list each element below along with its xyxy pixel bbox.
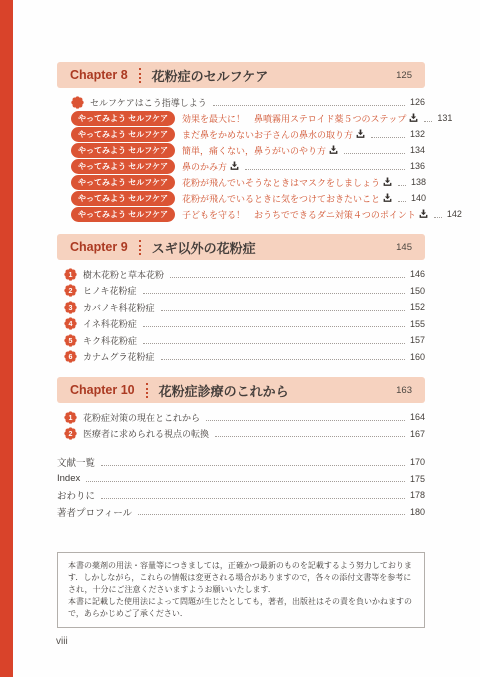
dot-leader: [101, 465, 405, 466]
chapter-title: 花粉症診療のこれから: [159, 381, 397, 400]
dot-leader: [143, 343, 405, 344]
toc-entry: セルフケアはこう指導しよう126: [71, 94, 425, 110]
dot-leader: [424, 121, 432, 122]
chapter-label: Chapter 9: [70, 240, 128, 254]
toc-entry-page: 132: [410, 129, 425, 139]
disclaimer-paragraph: 本書に記載した使用法によって問題が生じたとしても，著者，出版社はその責を負いかね…: [68, 596, 414, 620]
dot-leader: [398, 201, 406, 202]
svg-text:1: 1: [69, 271, 73, 279]
toc-entry-title: ヒノキ花粉症: [83, 284, 137, 297]
numbered-flower-icon: 1: [64, 411, 77, 424]
toc-entry-title: おわりに: [57, 488, 95, 502]
toc-entry-title: 花粉が飛んでいるときに気をつけておきたいこと: [182, 192, 380, 205]
dot-leader: [170, 277, 405, 278]
chapter-page-number: 145: [396, 242, 412, 253]
svg-text:2: 2: [69, 287, 73, 295]
chapter-divider-dots: [146, 383, 148, 398]
toc-entry: やってみよう セルフケア花粉が飛んでいるときに気をつけておきたいこと140: [71, 190, 425, 206]
chapter-label: Chapter 8: [70, 68, 128, 82]
toc-entry: 1樹木花粉と草本花粉146: [64, 266, 425, 283]
toc-entry: 3カバノキ科花粉症152: [64, 299, 425, 316]
toc-entry: 文献一覧170: [57, 454, 425, 471]
chapter-title: 花粉症のセルフケア: [152, 66, 396, 85]
numbered-flower-icon: 2: [64, 427, 77, 440]
try-selfcare-badge: やってみよう セルフケア: [71, 175, 175, 190]
toc-entry-page: 178: [410, 490, 425, 500]
toc-entry-title: イネ科花粉症: [83, 317, 137, 330]
toc-entry: やってみよう セルフケア効果を最大に！ 鼻噴霧用ステロイド薬５つのステップ131: [71, 110, 425, 126]
toc-entry-page: 180: [410, 507, 425, 517]
svg-text:3: 3: [69, 304, 73, 312]
download-icon: [383, 193, 392, 203]
try-selfcare-badge: やってみよう セルフケア: [71, 143, 175, 158]
toc-entry-title: Index: [57, 473, 80, 484]
toc-entry-page: 175: [410, 474, 425, 484]
toc-entry: 4イネ科花粉症155: [64, 316, 425, 333]
toc-entry: 6カナムグラ花粉症160: [64, 349, 425, 366]
chapter-entries: 1樹木花粉と草本花粉1462ヒノキ花粉症1503カバノキ科花粉症1524イネ科花…: [64, 266, 425, 365]
try-selfcare-badge: やってみよう セルフケア: [71, 111, 175, 126]
toc-entry: やってみよう セルフケア簡単，痛くない，鼻うがいのやり方134: [71, 142, 425, 158]
page-number-folio: viii: [56, 636, 68, 647]
dot-leader: [143, 293, 405, 294]
dot-leader: [161, 359, 405, 360]
toc-entry-title: 医療者に求められる視点の転換: [83, 427, 209, 440]
download-icon: [383, 177, 392, 187]
toc-entry: やってみよう セルフケアまだ鼻をかめないお子さんの鼻水の取り方132: [71, 126, 425, 142]
toc-entry-page: 155: [410, 319, 425, 329]
spine-accent-bar: [0, 0, 13, 677]
dot-leader: [215, 436, 405, 437]
download-icon: [329, 145, 338, 155]
page-content: Chapter 8花粉症のセルフケア125セルフケアはこう指導しよう126やって…: [57, 62, 425, 628]
svg-text:2: 2: [69, 430, 73, 438]
numbered-flower-icon: 6: [64, 350, 77, 363]
toc-entry-page: 140: [411, 193, 426, 203]
toc-entry-title: カバノキ科花粉症: [83, 301, 155, 314]
svg-text:4: 4: [69, 320, 73, 328]
toc-entry-title: 樹木花粉と草本花粉: [83, 268, 164, 281]
chapter-entries: セルフケアはこう指導しよう126やってみよう セルフケア効果を最大に！ 鼻噴霧用…: [71, 94, 425, 222]
chapter-section: Chapter 8花粉症のセルフケア125セルフケアはこう指導しよう126やって…: [57, 62, 425, 222]
dot-leader: [161, 310, 405, 311]
toc-entry: 2医療者に求められる視点の転換167: [64, 426, 425, 443]
chapter-label: Chapter 10: [70, 383, 135, 397]
chapter-title: スギ以外の花粉症: [152, 238, 396, 257]
toc-entry-page: 167: [410, 429, 425, 439]
toc-entry-page: 150: [410, 286, 425, 296]
toc-entry: やってみよう セルフケア花粉が飛んでいそうなときはマスクをしましょう138: [71, 174, 425, 190]
toc-entry-page: 160: [410, 352, 425, 362]
numbered-flower-icon: 3: [64, 301, 77, 314]
download-icon: [230, 161, 239, 171]
toc-entry-page: 170: [410, 457, 425, 467]
dot-leader: [344, 153, 405, 154]
toc-entry-title: 花粉が飛んでいそうなときはマスクをしましょう: [182, 176, 380, 189]
backmatter-list: 文献一覧170Index175おわりに178著者プロフィール180: [57, 454, 425, 520]
chapter-divider-dots: [139, 68, 141, 83]
toc-entry-title: カナムグラ花粉症: [83, 350, 155, 363]
toc-entry-page: 157: [410, 335, 425, 345]
toc-entry: おわりに178: [57, 487, 425, 504]
disclaimer-paragraph: 本書の薬剤の用法・容量等につきましては，正確かつ最新のものを記載するよう努力して…: [68, 560, 414, 596]
table-of-contents: Chapter 8花粉症のセルフケア125セルフケアはこう指導しよう126やって…: [57, 62, 425, 442]
dot-leader: [213, 105, 405, 106]
chapter-heading: Chapter 9スギ以外の花粉症145: [57, 234, 425, 260]
toc-entry-title: セルフケアはこう指導しよう: [90, 96, 207, 109]
chapter-page-number: 125: [396, 70, 412, 81]
download-icon: [419, 209, 428, 219]
download-icon: [356, 129, 365, 139]
svg-text:6: 6: [69, 353, 73, 361]
toc-entry-title: 鼻のかみ方: [182, 160, 227, 173]
try-selfcare-badge: やってみよう セルフケア: [71, 159, 175, 174]
toc-entry: 著者プロフィール180: [57, 504, 425, 521]
chapter-entries: 1花粉症対策の現在とこれから1642医療者に求められる視点の転換167: [64, 409, 425, 442]
book-page: Chapter 8花粉症のセルフケア125セルフケアはこう指導しよう126やって…: [0, 0, 480, 677]
toc-entry-title: 文献一覧: [57, 455, 95, 469]
toc-entry-title: まだ鼻をかめないお子さんの鼻水の取り方: [182, 128, 353, 141]
flower-burst-icon: [71, 96, 84, 109]
numbered-flower-icon: 1: [64, 268, 77, 281]
svg-text:5: 5: [69, 337, 73, 345]
toc-entry-title: キク科花粉症: [83, 334, 137, 347]
numbered-flower-icon: 2: [64, 284, 77, 297]
svg-text:1: 1: [69, 414, 73, 422]
dot-leader: [434, 217, 442, 218]
dot-leader: [143, 326, 405, 327]
toc-entry: やってみよう セルフケア子どもを守る！ おうちでできるダニ対策４つのポイント14…: [71, 206, 425, 222]
chapter-heading: Chapter 10花粉症診療のこれから163: [57, 377, 425, 403]
download-icon: [409, 113, 418, 123]
toc-entry-title: 子どもを守る！ おうちでできるダニ対策４つのポイント: [182, 208, 416, 221]
toc-entry-page: 152: [410, 302, 425, 312]
toc-entry-title: 花粉症対策の現在とこれから: [83, 411, 200, 424]
toc-entry: 2ヒノキ花粉症150: [64, 283, 425, 300]
toc-entry: やってみよう セルフケア鼻のかみ方136: [71, 158, 425, 174]
toc-entry-page: 164: [410, 412, 425, 422]
toc-entry-title: 著者プロフィール: [57, 505, 132, 519]
dot-leader: [138, 514, 405, 515]
numbered-flower-icon: 4: [64, 317, 77, 330]
dot-leader: [206, 420, 405, 421]
toc-entry-page: 142: [447, 209, 462, 219]
toc-entry: 1花粉症対策の現在とこれから164: [64, 409, 425, 426]
chapter-heading: Chapter 8花粉症のセルフケア125: [57, 62, 425, 88]
toc-entry-title: 効果を最大に！ 鼻噴霧用ステロイド薬５つのステップ: [182, 112, 406, 125]
dot-leader: [101, 498, 405, 499]
toc-entry-page: 146: [410, 269, 425, 279]
toc-entry-title: 簡単，痛くない，鼻うがいのやり方: [182, 144, 326, 157]
chapter-section: Chapter 9スギ以外の花粉症1451樹木花粉と草本花粉1462ヒノキ花粉症…: [57, 234, 425, 365]
toc-entry-page: 131: [437, 113, 452, 123]
dot-leader: [86, 481, 405, 482]
toc-entry: Index175: [57, 471, 425, 488]
dot-leader: [398, 185, 406, 186]
dot-leader: [245, 169, 405, 170]
toc-entry-page: 134: [410, 145, 425, 155]
try-selfcare-badge: やってみよう セルフケア: [71, 127, 175, 142]
try-selfcare-badge: やってみよう セルフケア: [71, 207, 175, 222]
disclaimer-box: 本書の薬剤の用法・容量等につきましては，正確かつ最新のものを記載するよう努力して…: [57, 552, 425, 628]
chapter-divider-dots: [139, 240, 141, 255]
toc-entry-page: 136: [410, 161, 425, 171]
chapter-section: Chapter 10花粉症診療のこれから1631花粉症対策の現在とこれから164…: [57, 377, 425, 442]
toc-entry-page: 126: [410, 97, 425, 107]
toc-entry-page: 138: [411, 177, 426, 187]
dot-leader: [371, 137, 405, 138]
try-selfcare-badge: やってみよう セルフケア: [71, 191, 175, 206]
toc-entry: 5キク科花粉症157: [64, 332, 425, 349]
chapter-page-number: 163: [396, 385, 412, 396]
numbered-flower-icon: 5: [64, 334, 77, 347]
